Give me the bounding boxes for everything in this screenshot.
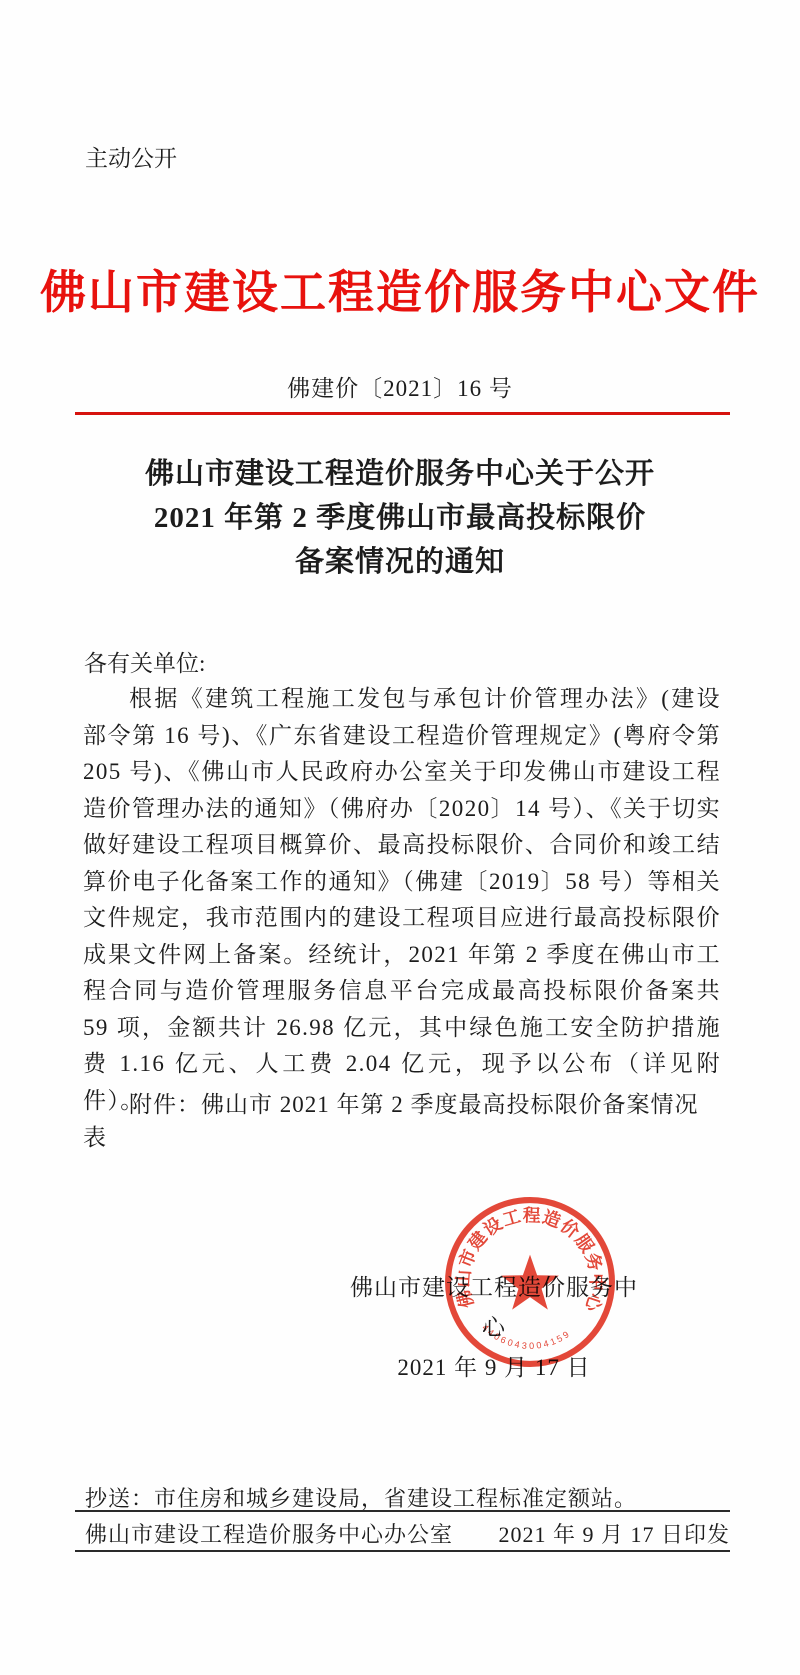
- seal-code-text: 4406043004159: [480, 1322, 573, 1351]
- official-seal-graphic: 佛山市建设工程造价服务中心 4406043004159: [444, 1196, 616, 1368]
- seal-star-icon: [501, 1255, 559, 1310]
- document-page: 主动公开 佛山市建设工程造价服务中心文件 佛建价〔2021〕16 号 佛山市建设…: [0, 0, 800, 1675]
- notice-title: 佛山市建设工程造价服务中心关于公开 2021 年第 2 季度佛山市最高投标限价 …: [60, 452, 740, 584]
- footer-divider-bottom: [75, 1550, 730, 1552]
- attachment-line: 附件：佛山市 2021 年第 2 季度最高投标限价备案情况表: [83, 1086, 721, 1152]
- salutation: 各有关单位:: [84, 645, 205, 678]
- red-separator-rule: [75, 412, 730, 415]
- classification-label: 主动公开: [85, 140, 177, 173]
- footer-cc-line: 抄送：市住房和城乡建设局，省建设工程标准定额站。: [85, 1482, 637, 1513]
- notice-title-line-2: 2021 年第 2 季度佛山市最高投标限价: [60, 496, 740, 540]
- notice-title-line-1: 佛山市建设工程造价服务中心关于公开: [60, 452, 740, 496]
- official-seal: 佛山市建设工程造价服务中心 4406043004159: [444, 1196, 616, 1368]
- red-header-title: 佛山市建设工程造价服务中心文件: [0, 256, 800, 322]
- svg-text:4406043004159: 4406043004159: [480, 1322, 573, 1351]
- footer-divider-top: [75, 1510, 730, 1512]
- footer-print-date: 2021 年 9 月 17 日印发: [498, 1518, 730, 1549]
- footer-issuer: 佛山市建设工程造价服务中心办公室: [85, 1518, 453, 1549]
- body-paragraph: 根据《建筑工程施工发包与承包计价管理办法》(建设部令第 16 号)、《广东省建设…: [83, 681, 721, 1119]
- notice-title-line-3: 备案情况的通知: [60, 540, 740, 584]
- doc-number: 佛建价〔2021〕16 号: [0, 370, 800, 403]
- footer-row: 佛山市建设工程造价服务中心办公室 2021 年 9 月 17 日印发: [85, 1518, 730, 1549]
